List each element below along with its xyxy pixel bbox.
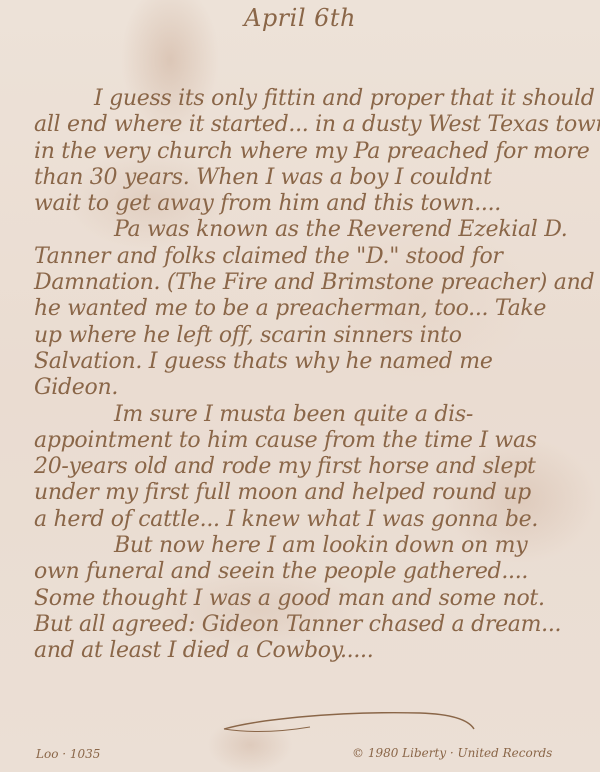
letter-line: Tanner and folks claimed the "D." stood …: [34, 244, 594, 270]
letter-line: appointment to him cause from the time I…: [34, 428, 594, 454]
signature-flourish: [220, 705, 480, 735]
letter-line: I guess its only fittin and proper that …: [34, 86, 594, 112]
letter-line: Im sure I musta been quite a dis-: [34, 402, 594, 428]
letter-line: all end where it started... in a dusty W…: [34, 112, 594, 138]
copyright-notice: © 1980 Liberty · United Records: [352, 746, 552, 760]
letter-line: and at least I died a Cowboy.....: [34, 638, 594, 664]
letter-line: own funeral and seein the people gathere…: [34, 559, 594, 585]
letter-line: under my first full moon and helped roun…: [34, 480, 594, 506]
letter-line: Some thought I was a good man and some n…: [34, 586, 594, 612]
letter-line: in the very church where my Pa preached …: [34, 139, 594, 165]
letter-line: up where he left off, scarin sinners int…: [34, 323, 594, 349]
letter-line: But now here I am lookin down on my: [34, 533, 594, 559]
letter-line: wait to get away from him and this town.…: [34, 191, 594, 217]
letter-line: he wanted me to be a preacherman, too...…: [34, 296, 594, 322]
letter-line: Gideon.: [34, 375, 594, 401]
letter-line: 20-years old and rode my first horse and…: [34, 454, 594, 480]
letter-line: Salvation. I guess thats why he named me: [34, 349, 594, 375]
letter-line: a herd of cattle... I knew what I was go…: [34, 507, 594, 533]
letter-line: Damnation. (The Fire and Brimstone preac…: [34, 270, 594, 296]
letter-line: But all agreed: Gideon Tanner chased a d…: [34, 612, 594, 638]
letter-line: Pa was known as the Reverend Ezekial D.: [34, 217, 594, 243]
letter-date: April 6th: [0, 4, 600, 32]
letter-line: than 30 years. When I was a boy I couldn…: [34, 165, 594, 191]
letter-body: I guess its only fittin and proper that …: [34, 86, 594, 665]
catalog-number: Loo · 1035: [36, 747, 100, 761]
